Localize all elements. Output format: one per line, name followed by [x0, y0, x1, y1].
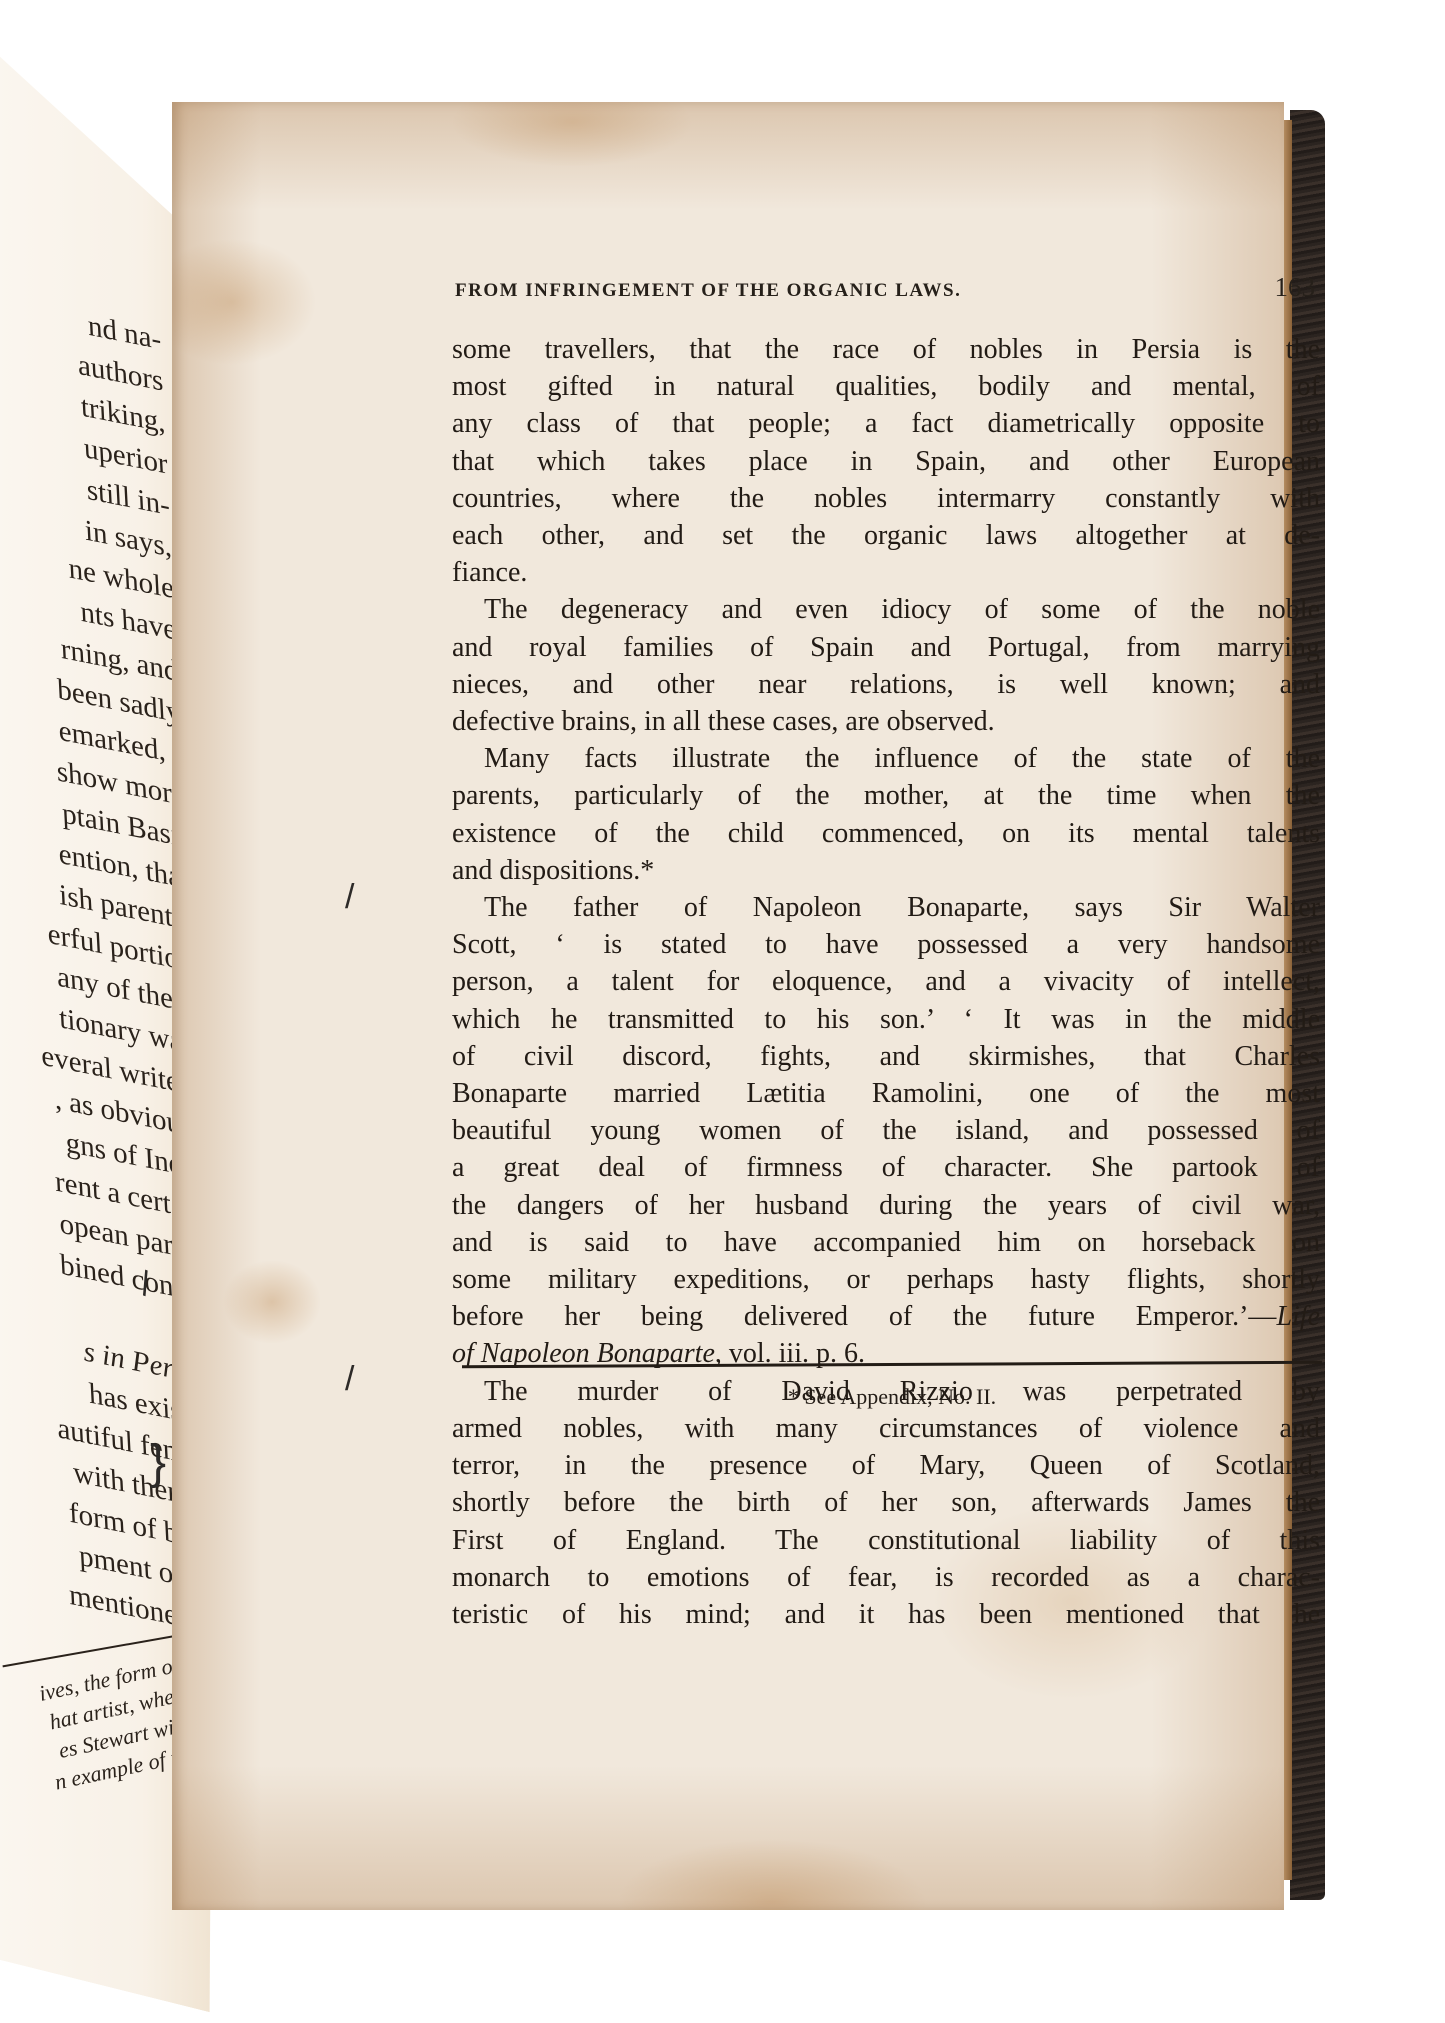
text-line: nieces, and other near relations, is wel…	[452, 666, 1320, 703]
pencil-brace-icon: }	[150, 1435, 166, 1490]
text-line: armed nobles, with many circumstances of…	[452, 1410, 1320, 1447]
text-line: Many facts illustrate the influence of t…	[452, 740, 1320, 777]
text-line: and is said to have accompanied him on h…	[452, 1224, 1320, 1261]
text-line: and royal families of Spain and Portugal…	[452, 629, 1320, 666]
pencil-mark-icon: /	[345, 878, 354, 917]
text-line: First of England. The constitutional lia…	[452, 1522, 1320, 1559]
text-line: a great deal of firmness of character. S…	[452, 1149, 1320, 1186]
text-line: each other, and set the organic laws alt…	[452, 517, 1320, 554]
text-line: Bonaparte married Lætitia Ramolini, one …	[452, 1075, 1320, 1112]
text-line: existence of the child commenced, on its…	[452, 815, 1320, 852]
footnote: * See Appendix, No. II.	[462, 1384, 1322, 1410]
body-text: some travellers, that the race of nobles…	[452, 331, 1320, 1633]
text-line: most gifted in natural qualities, bodily…	[452, 368, 1320, 405]
text-line: beautiful young women of the island, and…	[452, 1112, 1320, 1149]
book-page: FROM INFRINGEMENT OF THE ORGANIC LAWS. 1…	[172, 102, 1284, 1910]
text-line: terror, in the presence of Mary, Queen o…	[452, 1447, 1320, 1484]
page-number: 163	[1275, 272, 1316, 303]
running-title: FROM INFRINGEMENT OF THE ORGANIC LAWS.	[455, 280, 961, 302]
text-line: teristic of his mind; and it has been me…	[452, 1596, 1320, 1633]
text-line: monarch to emotions of fear, is recorded…	[452, 1559, 1320, 1596]
text-line: parents, particularly of the mother, at …	[452, 777, 1320, 814]
text-line: some military expeditions, or perhaps ha…	[452, 1261, 1320, 1298]
text-line: defective brains, in all these cases, ar…	[452, 703, 1320, 740]
text-line: fiance.	[452, 554, 1320, 591]
citation-title-part: Life	[1276, 1301, 1320, 1332]
text-fragment: before her being delivered of the future…	[452, 1301, 1276, 1332]
running-head: FROM INFRINGEMENT OF THE ORGANIC LAWS. 1…	[455, 272, 1315, 303]
text-line: any class of that people; a fact diametr…	[452, 405, 1320, 442]
text-line: countries, where the nobles intermarry c…	[452, 480, 1320, 517]
text-line: which he transmitted to his son.’ ‘ It w…	[452, 1001, 1320, 1038]
text-line: before her being delivered of the future…	[452, 1298, 1320, 1335]
text-line: of civil discord, fights, and skirmishes…	[452, 1038, 1320, 1075]
text-line: the dangers of her husband during the ye…	[452, 1187, 1320, 1224]
text-line: shortly before the birth of her son, aft…	[452, 1484, 1320, 1521]
pencil-mark-icon: /	[345, 1360, 354, 1399]
text-line: Scott, ‘ is stated to have possessed a v…	[452, 926, 1320, 963]
text-line: person, a talent for eloquence, and a vi…	[452, 963, 1320, 1000]
text-line: and dispositions.*	[452, 852, 1320, 889]
text-line: The father of Napoleon Bonaparte, says S…	[452, 889, 1320, 926]
text-line: some travellers, that the race of nobles…	[452, 331, 1320, 368]
text-line: that which takes place in Spain, and oth…	[452, 443, 1320, 480]
text-line: The degeneracy and even idiocy of some o…	[452, 591, 1320, 628]
